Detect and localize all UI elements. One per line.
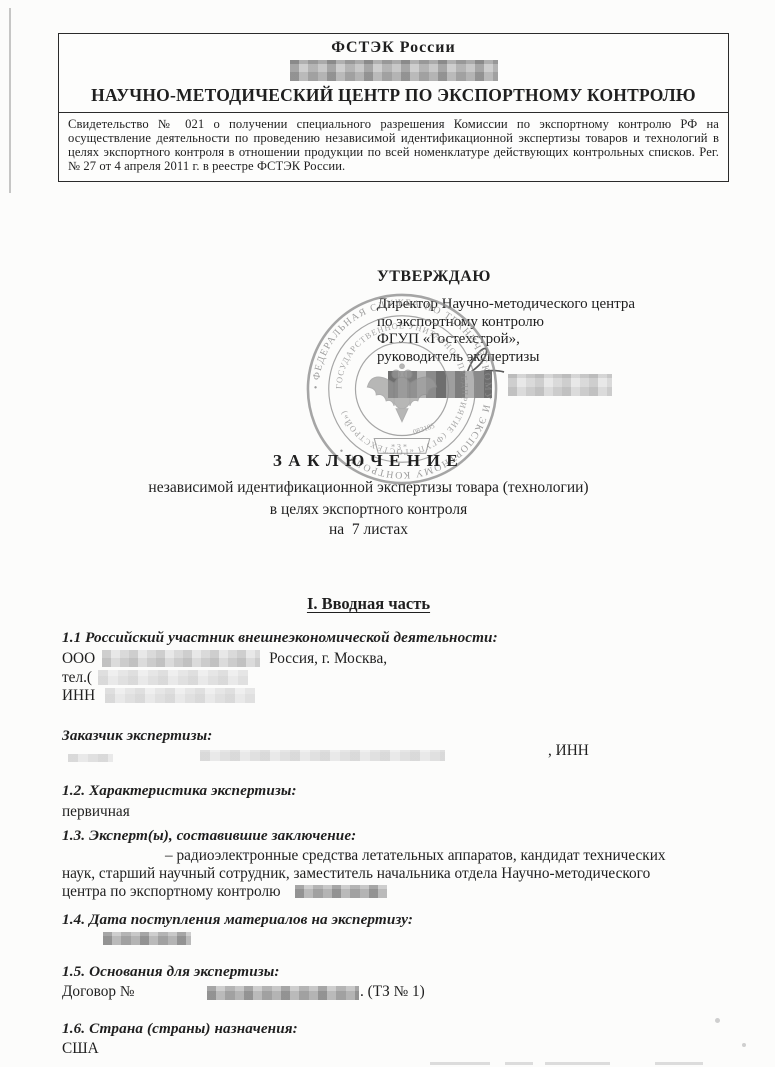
scan-smudge [655, 1062, 703, 1065]
redacted-date [103, 932, 191, 945]
redacted-company-name [102, 650, 260, 667]
letterhead-box: ФСТЭК России НАУЧНО-МЕТОДИЧЕСКИЙ ЦЕНТР П… [58, 33, 729, 182]
customer-label: Заказчик экспертизы: [62, 727, 212, 745]
item-1-6-value: США [62, 1040, 99, 1058]
certificate-text: Свидетельство № 021 о получении специаль… [59, 112, 728, 181]
approval-line: ФГУП «Гостехстрой», [377, 331, 677, 349]
item-1-1-line2: тел.( [62, 669, 248, 687]
item-1-1-line1: ОООРоссия, г. Москва, [62, 650, 387, 669]
scan-speck [715, 1018, 720, 1023]
scan-speck [742, 1043, 746, 1047]
doc-title: ЗАКЛЮЧЕНИЕ [0, 451, 737, 471]
scan-edge-line [9, 8, 11, 193]
redacted-signer-name [508, 374, 612, 396]
stamp-number: 083185 [412, 421, 436, 437]
redacted-expert-name [295, 885, 387, 898]
center-name: НАУЧНО-МЕТОДИЧЕСКИЙ ЦЕНТР ПО ЭКСПОРТНОМУ… [65, 85, 722, 106]
doc-pages-line: на 7 листах [0, 521, 737, 539]
redacted-contract-number [207, 986, 359, 1000]
scan-smudge [505, 1062, 533, 1065]
letterhead-top: ФСТЭК России НАУЧНО-МЕТОДИЧЕСКИЙ ЦЕНТР П… [59, 34, 728, 112]
item-1-4-label: 1.4. Дата поступления материалов на эксп… [62, 911, 413, 929]
section-heading: I. Вводная часть [0, 594, 737, 614]
redacted-org-line [290, 60, 498, 81]
customer-inn: , ИНН [548, 742, 589, 760]
approval-line: руководитель экспертизы [377, 349, 677, 367]
redacted-customer-smudge [68, 754, 113, 762]
redacted-inn [105, 688, 255, 703]
item-1-3-line3: центра по экспортному контролю [62, 883, 387, 901]
redacted-phone [98, 670, 248, 685]
redacted-signature [388, 371, 492, 398]
item-1-1-label: 1.1 Российский участник внешнеэкономичес… [62, 629, 498, 647]
item-1-3-line1: – радиоэлектронные средства летательных … [165, 847, 666, 865]
item-1-1-line3: ИНН [62, 687, 255, 705]
scanned-document-page: ФСТЭК России НАУЧНО-МЕТОДИЧЕСКИЙ ЦЕНТР П… [0, 0, 775, 1067]
item-1-3-label: 1.3. Эксперт(ы), составившие заключение: [62, 827, 356, 845]
approval-line: Директор Научно-методического центра [377, 296, 677, 314]
item-1-2-value: первичная [62, 803, 130, 821]
item-1-3-line2: наук, старший научный сотрудник, замести… [62, 865, 650, 883]
doc-subtitle-1: независимой идентификационной экспертизы… [0, 479, 737, 497]
agency-name: ФСТЭК России [65, 39, 722, 57]
item-1-2-label: 1.2. Характеристика экспертизы: [62, 782, 297, 800]
scan-smudge [545, 1062, 610, 1065]
item-1-5-label: 1.5. Основания для экспертизы: [62, 963, 280, 981]
approval-line: по экспортному контролю [377, 314, 677, 332]
approval-word: УТВЕРЖДАЮ [377, 268, 491, 286]
scan-smudge [430, 1062, 490, 1065]
item-1-6-label: 1.6. Страна (страны) назначения: [62, 1020, 298, 1038]
approval-block: Директор Научно-методического центра по … [377, 296, 677, 367]
redacted-customer-name [200, 750, 445, 761]
doc-subtitle-2: в целях экспортного контроля [0, 501, 737, 519]
